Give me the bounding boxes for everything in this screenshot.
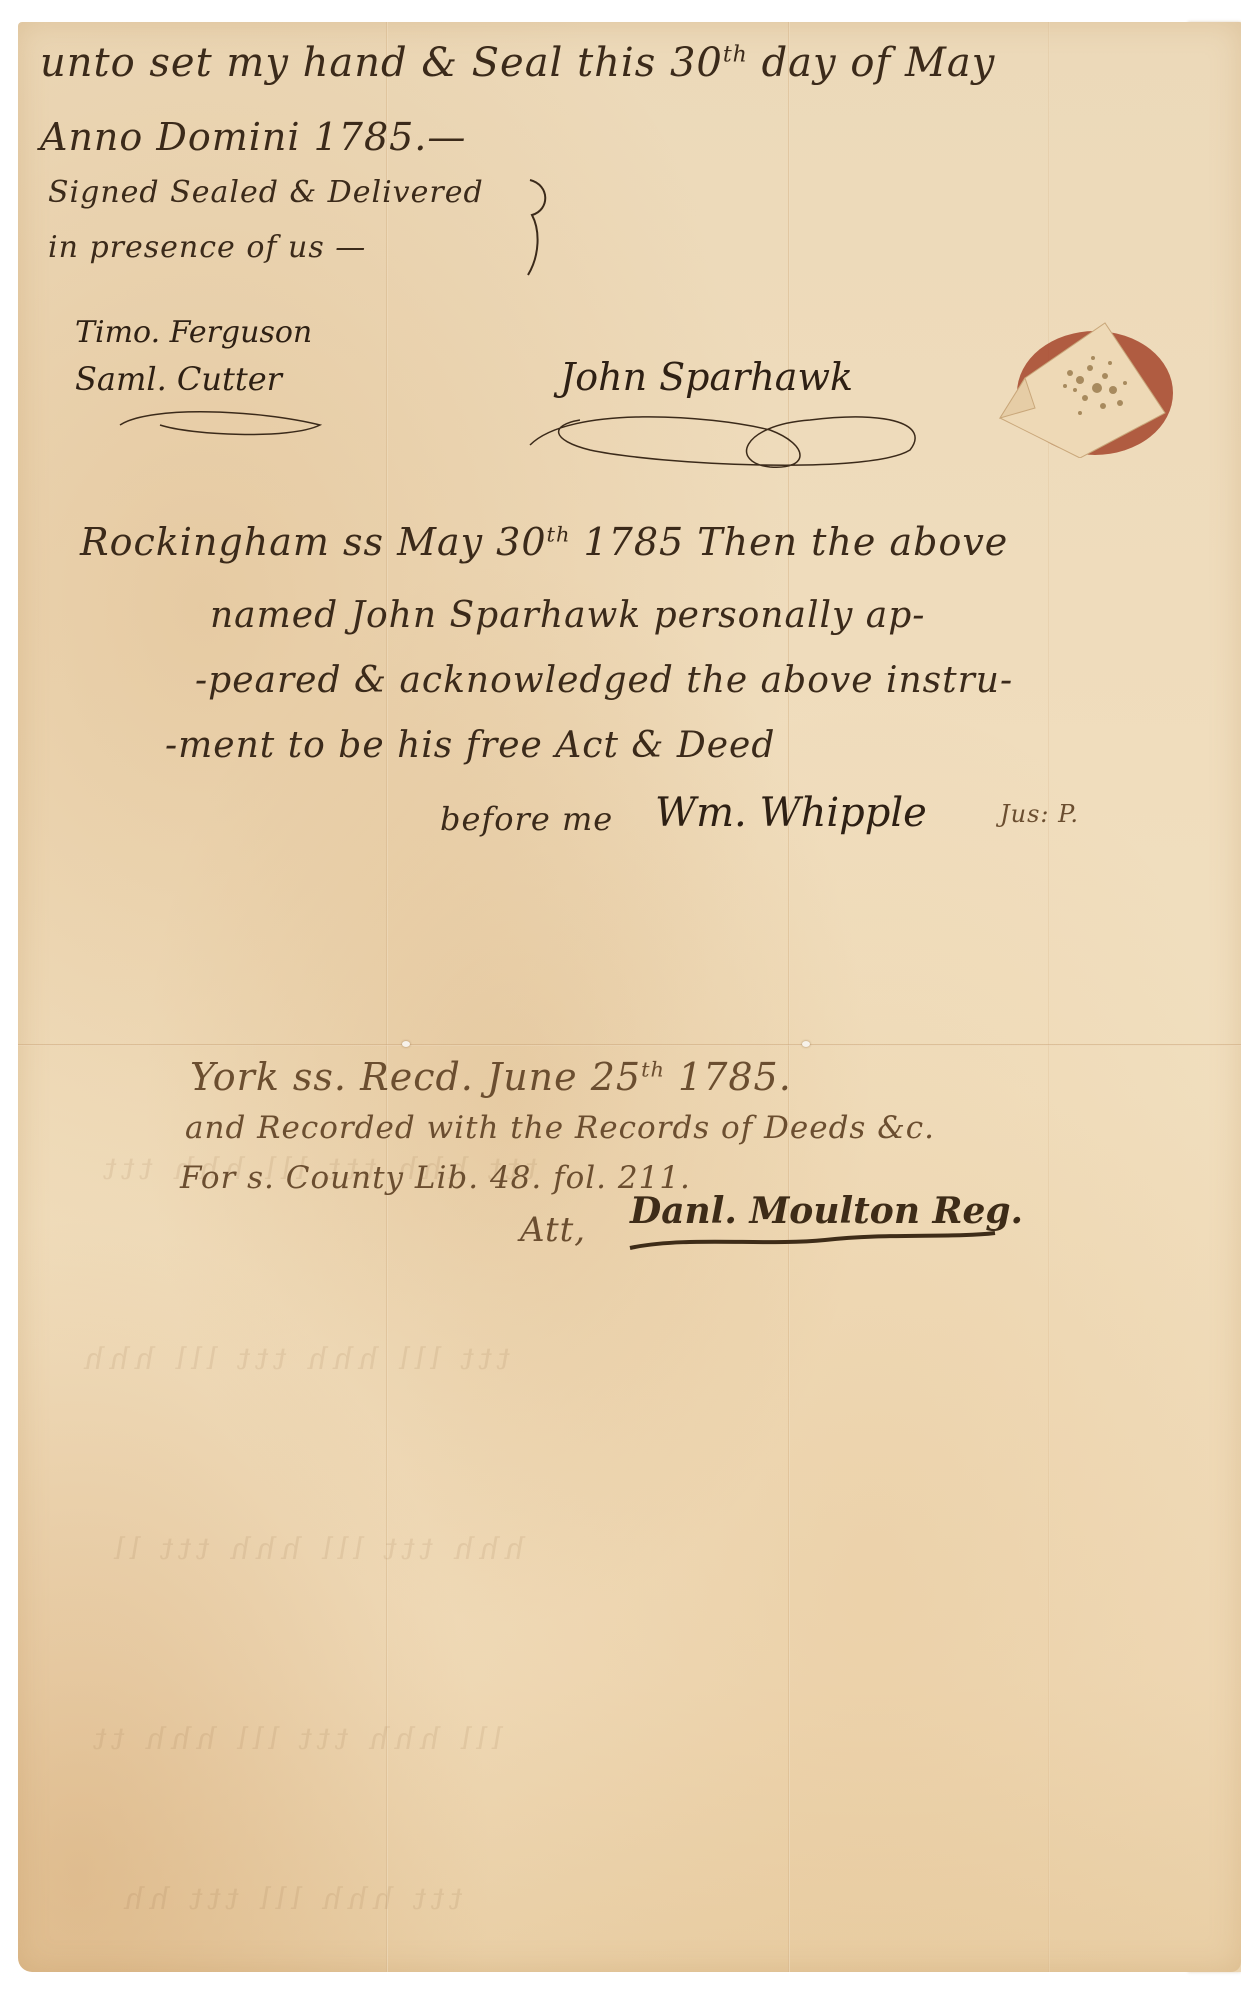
witness-signature-1: Timo. Ferguson [75,315,312,350]
bleed-through-text: ttt lll hhh ttt lll hhh [72,1342,516,1377]
acknowledgment-before-me: before me [440,800,613,838]
bleed-through-text: lll hhh ttt lll hhh tt [82,1722,508,1757]
horizontal-fold-line [18,1044,1241,1046]
execution-text: unto set my hand & Seal this 30 [40,40,723,86]
bleed-through-text: ttt hhh lll ttt hh [112,1882,469,1917]
recording-attest: Att, [520,1210,586,1250]
recording-line-1: York ss. Recd. June 25th 1785. [190,1055,792,1099]
grantor-signature: John Sparhawk [560,355,853,399]
justice-signature: Wm. Whipple [655,790,927,836]
justice-title: Jus: P. [1000,800,1079,828]
vertical-fold-line [1048,22,1050,1972]
register-signature: Danl. Moulton Reg. [630,1190,1023,1232]
ordinal-suffix: th [547,522,571,546]
vertical-fold-line [788,22,790,1972]
bleed-through-text: hhh ttt lll hhh ttt ll [102,1532,531,1567]
acknowledgment-line-4: -ment to be his free Act & Deed [165,725,775,766]
acknowledgment-line-1: Rockingham ss May 30th 1785 Then the abo… [80,520,1008,564]
acknowledgment-venue-date: Rockingham ss May 30 [80,520,547,564]
recording-year: 1785. [678,1055,792,1099]
recording-received-date: York ss. Recd. June 25 [190,1055,641,1099]
acknowledgment-text: 1785 Then the above [584,520,1009,564]
ordinal-suffix: th [641,1057,665,1081]
execution-clause-line-3: Signed Sealed & Delivered [48,175,484,210]
execution-text-end: day of May [762,40,996,86]
acknowledgment-line-3: -peared & acknowledged the above instru- [195,660,1013,701]
witness-signature-2: Saml. Cutter [75,360,282,398]
wax-seal-icon [985,318,1175,458]
execution-clause-line-4: in presence of us — [48,230,366,265]
acknowledgment-line-2: named John Sparhawk personally ap- [210,595,925,636]
ordinal-suffix: th [723,43,748,68]
vertical-fold-line [386,22,388,1972]
execution-clause-line-1: unto set my hand & Seal this 30th day of… [40,40,995,86]
pinhole [802,1041,810,1047]
recording-line-2: and Recorded with the Records of Deeds &… [185,1110,935,1146]
execution-clause-line-2: Anno Domini 1785.— [40,115,466,159]
pinhole [402,1041,410,1047]
recording-line-3: For s. County Lib. 48. fol. 211. [180,1160,691,1196]
